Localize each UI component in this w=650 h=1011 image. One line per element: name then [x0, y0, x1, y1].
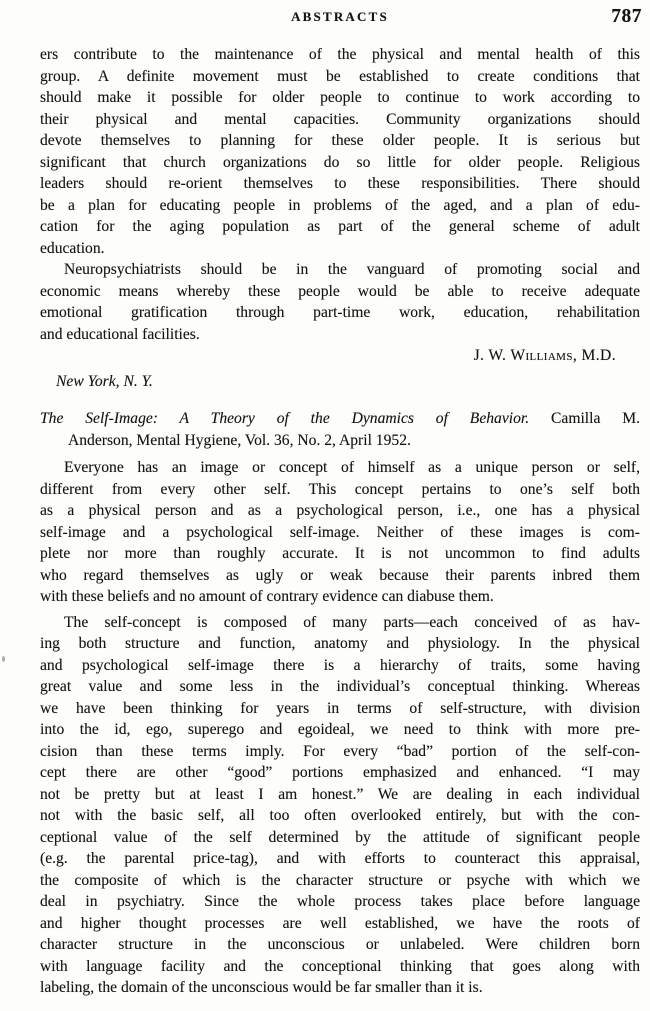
abstract-self-image: The Self-Image: A Theory of the Dynamics…	[40, 408, 640, 999]
text-line: who regard themselves as ugly or weak be…	[40, 565, 640, 587]
text-line: not be pretty but at least I am honest.”…	[40, 784, 640, 806]
citation-line-2: Anderson, Mental Hygiene, Vol. 36, No. 2…	[40, 430, 640, 452]
text-line: as a physical person and as a psychologi…	[40, 500, 640, 522]
paragraph-everyone: Everyone has an image or concept of hims…	[40, 457, 640, 608]
paragraph-neuropsychiatrists: Neuropsychiatrists should be in the vang…	[40, 259, 640, 345]
citation-block: The Self-Image: A Theory of the Dynamics…	[40, 408, 640, 451]
text-line: and psychological self-image there is a …	[40, 655, 640, 677]
page-header: ABSTRACTS 787	[40, 6, 640, 30]
page-body: ers contribute to the maintenance of the…	[40, 44, 640, 999]
text-line: labeling, the domain of the unconscious …	[40, 977, 640, 999]
text-line: the composite of which is the character …	[40, 870, 640, 892]
text-line: plete nor more than roughly accurate. It…	[40, 543, 640, 565]
text-line: Neuropsychiatrists should be in the vang…	[40, 259, 640, 281]
text-line: should make it possible for older people…	[40, 87, 640, 109]
page-number: 787	[611, 6, 642, 28]
text-line: and educational facilities.	[40, 324, 640, 346]
text-line: group. A definite movement must be estab…	[40, 66, 640, 88]
citation-author: Camilla M.	[551, 410, 640, 427]
text-line: great value and some less in the individ…	[40, 676, 640, 698]
text-line: Everyone has an image or concept of hims…	[40, 457, 640, 479]
text-line: their physical and mental capacities. Co…	[40, 109, 640, 131]
text-line: economic means whereby these people woul…	[40, 281, 640, 303]
text-line: emotional gratification through part-tim…	[40, 302, 640, 324]
author-location: New York, N. Y.	[40, 371, 640, 393]
text-line: The self-concept is composed of many par…	[40, 612, 640, 634]
text-line: ceptional value of the self determined b…	[40, 827, 640, 849]
text-line: deal in psychiatry. Since the whole proc…	[40, 891, 640, 913]
text-line: with these beliefs and no amount of cont…	[40, 586, 640, 608]
text-line: cation for the aging population as part …	[40, 216, 640, 238]
text-line: into the id, ego, superego and egoideal,…	[40, 719, 640, 741]
text-line: not with the basic self, all too often o…	[40, 805, 640, 827]
text-line: with language facility and the conceptio…	[40, 956, 640, 978]
text-line: devote themselves to planning for these …	[40, 130, 640, 152]
author-signature: J. W. Williams, M.D.	[40, 345, 640, 367]
abstract-previous: ers contribute to the maintenance of the…	[40, 44, 640, 392]
running-head: ABSTRACTS	[40, 6, 640, 25]
text-line: leaders should re-orient themselves to t…	[40, 173, 640, 195]
text-line: and higher thought processes are well es…	[40, 913, 640, 935]
text-line: character structure in the unconscious o…	[40, 934, 640, 956]
paragraph-continuation: ers contribute to the maintenance of the…	[40, 44, 640, 259]
text-line: ing both structure and function, anatomy…	[40, 633, 640, 655]
text-line: (e.g. the parental price-tag), and with …	[40, 848, 640, 870]
text-line: education.	[40, 238, 640, 260]
text-line: cept there are other “good” portions emp…	[40, 762, 640, 784]
text-line: self-image and a psychological self-imag…	[40, 522, 640, 544]
paragraph-self-concept: The self-concept is composed of many par…	[40, 612, 640, 999]
journal-page: ABSTRACTS 787 ers contribute to the main…	[0, 0, 650, 999]
text-line: different from every other self. This co…	[40, 479, 640, 501]
text-line: we have been thinking for years in terms…	[40, 698, 640, 720]
text-line: be a plan for educating people in proble…	[40, 195, 640, 217]
text-line: ers contribute to the maintenance of the…	[40, 44, 640, 66]
text-line: significant that church organizations do…	[40, 152, 640, 174]
citation-title: The Self-Image: A Theory of the Dynamics…	[40, 410, 529, 427]
citation-line-1: The Self-Image: A Theory of the Dynamics…	[40, 408, 640, 430]
text-line: cision than these terms imply. For every…	[40, 741, 640, 763]
